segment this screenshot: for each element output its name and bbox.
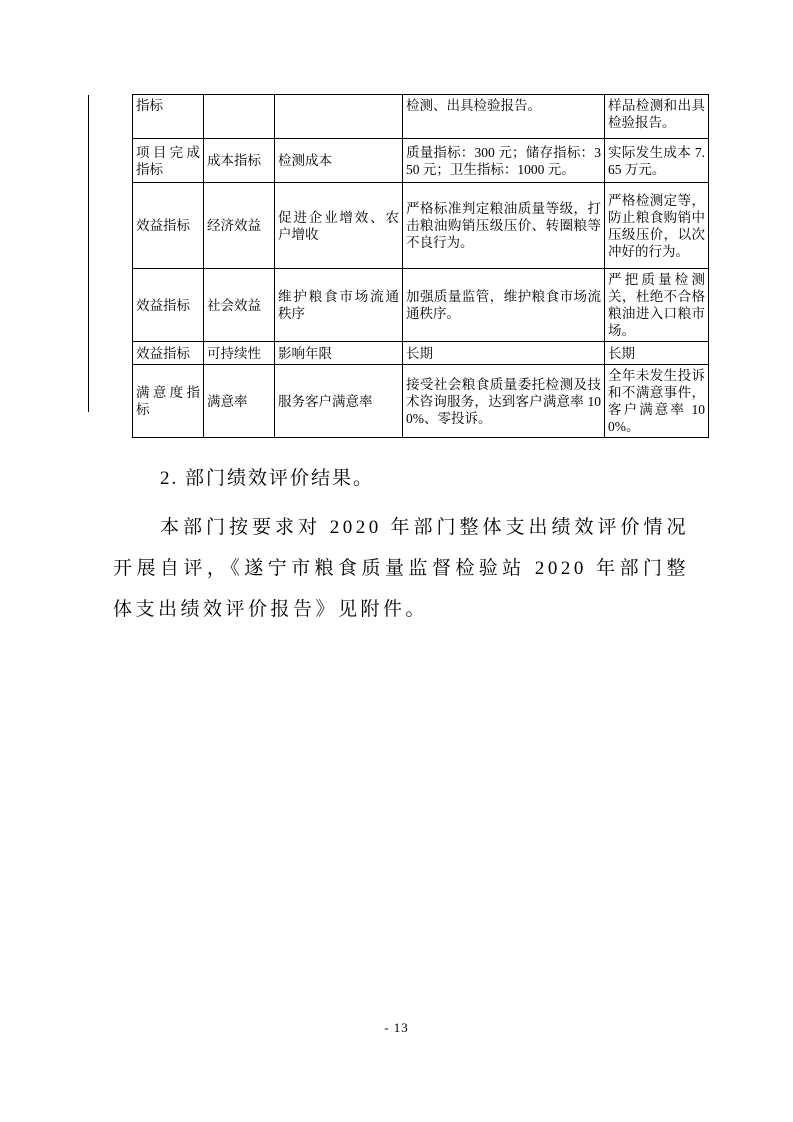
cell-indicator-target: 严格标准判定粮油质量等级，打击粮油购销压级压价、转圈粮等不良行为。	[403, 183, 605, 269]
table-row-economic-benefit: 效益指标 经济效益 促进企业增效、农户增收 严格标准判定粮油质量等级，打击粮油购…	[133, 183, 709, 269]
cell-level2-indicator: 经济效益	[204, 183, 275, 269]
cell-level3-indicator: 促进企业增效、农户增收	[275, 183, 403, 269]
cell-level3-indicator	[275, 95, 403, 139]
cell-level1-indicator: 效益指标	[133, 183, 204, 269]
body-paragraph: 本部门按要求对 2020 年部门整体支出绩效评价情况开展自评，《遂宁市粮食质量监…	[113, 507, 689, 630]
cell-level2-indicator	[204, 95, 275, 139]
cell-level1-indicator: 效益指标	[133, 269, 204, 342]
cell-level2-indicator: 可持续性	[204, 342, 275, 365]
table-row-social-benefit: 效益指标 社会效益 维护粮食市场流通秩序 加强质量监管，维护粮食市场流通秩序。 …	[133, 269, 709, 342]
cell-level1-indicator: 效益指标	[133, 342, 204, 365]
cell-indicator-result: 严把质量检测关，杜绝不合格粮油进入口粮市场。	[605, 269, 709, 342]
cell-level3-indicator: 影响年限	[275, 342, 403, 365]
cell-indicator-result: 严格检测定等，防止粮食购销中压级压价，以次冲好的行为。	[605, 183, 709, 269]
cell-indicator-target: 长期	[403, 342, 605, 365]
cell-level3-indicator: 检测成本	[275, 139, 403, 183]
performance-indicators-table: 指标 检测、出具检验报告。 样品检测和出具检验报告。 项目完成指标 成本指标 检…	[132, 94, 709, 438]
cell-indicator-target: 接受社会粮食质量委托检测及技术咨询服务，达到客户满意率 100%、零投诉。	[403, 365, 605, 438]
cell-level3-indicator: 维护粮食市场流通秩序	[275, 269, 403, 342]
cell-indicator-result: 样品检测和出具检验报告。	[605, 95, 709, 139]
cell-indicator-target: 检测、出具检验报告。	[403, 95, 605, 139]
cell-level1-indicator: 满意度指标	[133, 365, 204, 438]
cell-level2-indicator: 社会效益	[204, 269, 275, 342]
cell-indicator-result: 实际发生成本 7.65 万元。	[605, 139, 709, 183]
cell-level1-indicator: 项目完成指标	[133, 139, 204, 183]
page-number: - 13	[0, 1020, 793, 1036]
document-page: 指标 检测、出具检验报告。 样品检测和出具检验报告。 项目完成指标 成本指标 检…	[0, 0, 793, 1122]
cell-indicator-result: 长期	[605, 342, 709, 365]
cell-indicator-result: 全年未发生投诉和不满意事件，客户满意率 100%。	[605, 365, 709, 438]
body-content: 2. 部门绩效评价结果。 本部门按要求对 2020 年部门整体支出绩效评价情况开…	[113, 464, 689, 630]
table-row-output-indicator: 指标 检测、出具检验报告。 样品检测和出具检验报告。	[133, 95, 709, 139]
cell-indicator-target: 加强质量监管，维护粮食市场流通秩序。	[403, 269, 605, 342]
cell-level3-indicator: 服务客户满意率	[275, 365, 403, 438]
cell-level1-indicator: 指标	[133, 95, 204, 139]
left-margin-rule	[88, 95, 89, 412]
cell-indicator-target: 质量指标：300 元；储存指标：350 元；卫生指标：1000 元。	[403, 139, 605, 183]
table-row-cost-indicator: 项目完成指标 成本指标 检测成本 质量指标：300 元；储存指标：350 元；卫…	[133, 139, 709, 183]
cell-level2-indicator: 满意率	[204, 365, 275, 438]
table-row-satisfaction: 满意度指标 满意率 服务客户满意率 接受社会粮食质量委托检测及技术咨询服务，达到…	[133, 365, 709, 438]
cell-level2-indicator: 成本指标	[204, 139, 275, 183]
table-row-sustainability: 效益指标 可持续性 影响年限 长期 长期	[133, 342, 709, 365]
section-heading: 2. 部门绩效评价结果。	[113, 464, 689, 494]
